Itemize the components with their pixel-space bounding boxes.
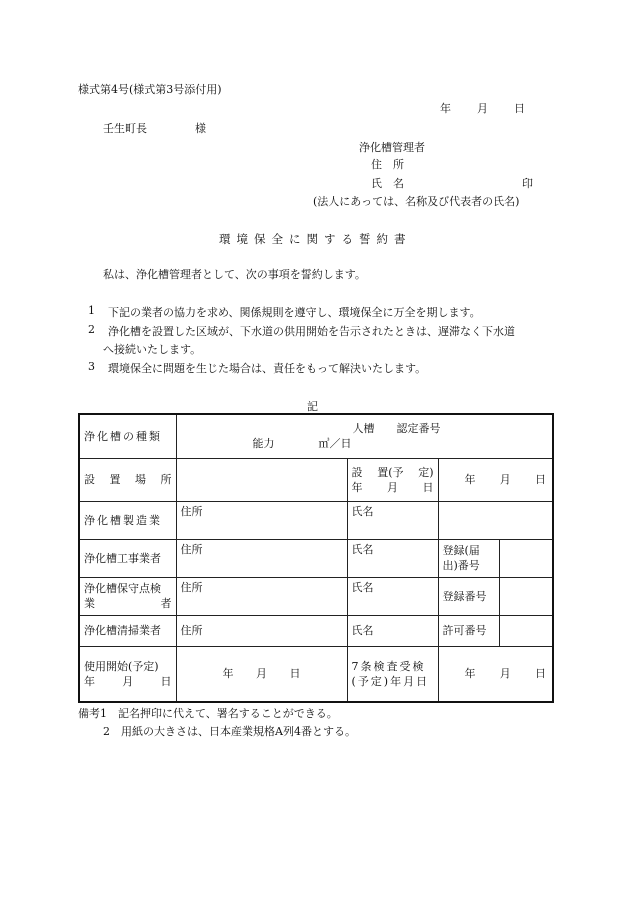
addressee: 壬生町長 <box>103 120 147 136</box>
date-field[interactable]: 年 月 日 <box>440 100 525 116</box>
cleaner-name[interactable]: 氏名 <box>347 615 438 646</box>
year-label: 年 <box>440 100 451 116</box>
cleaner-address[interactable]: 住所 <box>176 615 347 646</box>
inspector-label: 浄化槽保守点検 業者 <box>79 577 176 615</box>
constructor-label: 浄化槽工事業者 <box>79 539 176 577</box>
note-1: 備考1 記名押印に代えて、署名することができる。 <box>78 705 338 721</box>
table-row-manufacturer: 浄化槽製造業 住所 氏名 <box>79 501 553 539</box>
form-number: 様式第4号(様式第3号添付用) <box>78 81 222 97</box>
day-label: 日 <box>514 100 525 116</box>
type-line-2: 能力 ㎥／日 <box>181 436 549 451</box>
install-date-label: 設置(予定) 年月日 <box>347 458 438 501</box>
table-row-constructor: 浄化槽工事業者 住所 氏名 登録(届出)番号 <box>79 539 553 577</box>
table-row-location: 設置場所 設置(予定) 年月日 年月日 <box>79 458 553 501</box>
seal-mark: 印 <box>522 175 533 191</box>
item-2-cont: へ接続いたします。 <box>103 341 201 357</box>
table-row-inspector: 浄化槽保守点検 業者 住所 氏名 登録番号 <box>79 577 553 615</box>
ki-heading: 記 <box>307 398 318 414</box>
inspector-address[interactable]: 住所 <box>176 577 347 615</box>
addressee-suffix: 様 <box>195 120 206 136</box>
address-label: 住 所 <box>371 156 404 172</box>
item-3-text: 環境保全に問題を生じた場合は、責任をもって解決いたします。 <box>108 360 426 376</box>
location-label: 設置場所 <box>79 458 176 501</box>
type-line-1: 人槽 認定番号 <box>181 421 549 436</box>
intro-text: 私は、浄化槽管理者として、次の事項を誓約します。 <box>103 266 366 282</box>
table-row-type: 浄化槽の種類 人槽 認定番号 能力 ㎥／日 <box>79 414 553 458</box>
item-3-num: 3 <box>88 360 95 373</box>
item-2-num: 2 <box>88 323 95 336</box>
type-cell[interactable]: 人槽 認定番号 能力 ㎥／日 <box>176 414 553 458</box>
table-row-cleaner: 浄化槽清掃業者 住所 氏名 許可番号 <box>79 615 553 646</box>
item-1-num: 1 <box>88 304 95 317</box>
manufacturer-label: 浄化槽製造業 <box>79 501 176 539</box>
constructor-name[interactable]: 氏名 <box>347 539 438 577</box>
permit-no-label: 許可番号 <box>438 615 499 646</box>
applicant-role: 浄化槽管理者 <box>359 139 425 155</box>
inspector-name[interactable]: 氏名 <box>347 577 438 615</box>
table-row-start: 使用開始(予定) 年月日 年月日 7条検査受検 (予定)年月日 年月日 <box>79 646 553 702</box>
inspection-date-label: 7条検査受検 (予定)年月日 <box>347 646 438 702</box>
reg-no-input[interactable] <box>499 577 553 615</box>
name-label: 氏 名 <box>371 175 404 191</box>
constructor-address[interactable]: 住所 <box>176 539 347 577</box>
reg-no-label: 登録番号 <box>438 577 499 615</box>
corporate-note: (法人にあっては、名称及び代表者の氏名) <box>313 193 519 209</box>
start-date-input[interactable]: 年月日 <box>176 646 347 702</box>
manufacturer-extra[interactable] <box>438 501 553 539</box>
document-title: 環境保全に関する誓約書 <box>219 231 412 247</box>
inspection-date-input[interactable]: 年月日 <box>438 646 553 702</box>
manufacturer-address[interactable]: 住所 <box>176 501 347 539</box>
septic-tank-info-table: 浄化槽の種類 人槽 認定番号 能力 ㎥／日 設置場所 設置(予定) 年月日 年月… <box>78 413 554 703</box>
month-label: 月 <box>477 100 488 116</box>
item-2-text: 浄化槽を設置した区域が、下水道の供用開始を告示されたときは、遅滞なく下水道 <box>108 323 515 339</box>
note-2: 2 用紙の大きさは、日本産業規格A列4番とする。 <box>103 723 356 739</box>
reg-notice-no-input[interactable] <box>499 539 553 577</box>
permit-no-input[interactable] <box>499 615 553 646</box>
type-label: 浄化槽の種類 <box>79 414 176 458</box>
item-1-text: 下記の業者の協力を求め、関係規則を遵守し、環境保全に万全を期します。 <box>108 304 481 320</box>
cleaner-label: 浄化槽清掃業者 <box>79 615 176 646</box>
location-input[interactable] <box>176 458 347 501</box>
install-date-input[interactable]: 年月日 <box>438 458 553 501</box>
reg-notice-no-label: 登録(届出)番号 <box>438 539 499 577</box>
start-date-label: 使用開始(予定) 年月日 <box>79 646 176 702</box>
manufacturer-name[interactable]: 氏名 <box>347 501 438 539</box>
